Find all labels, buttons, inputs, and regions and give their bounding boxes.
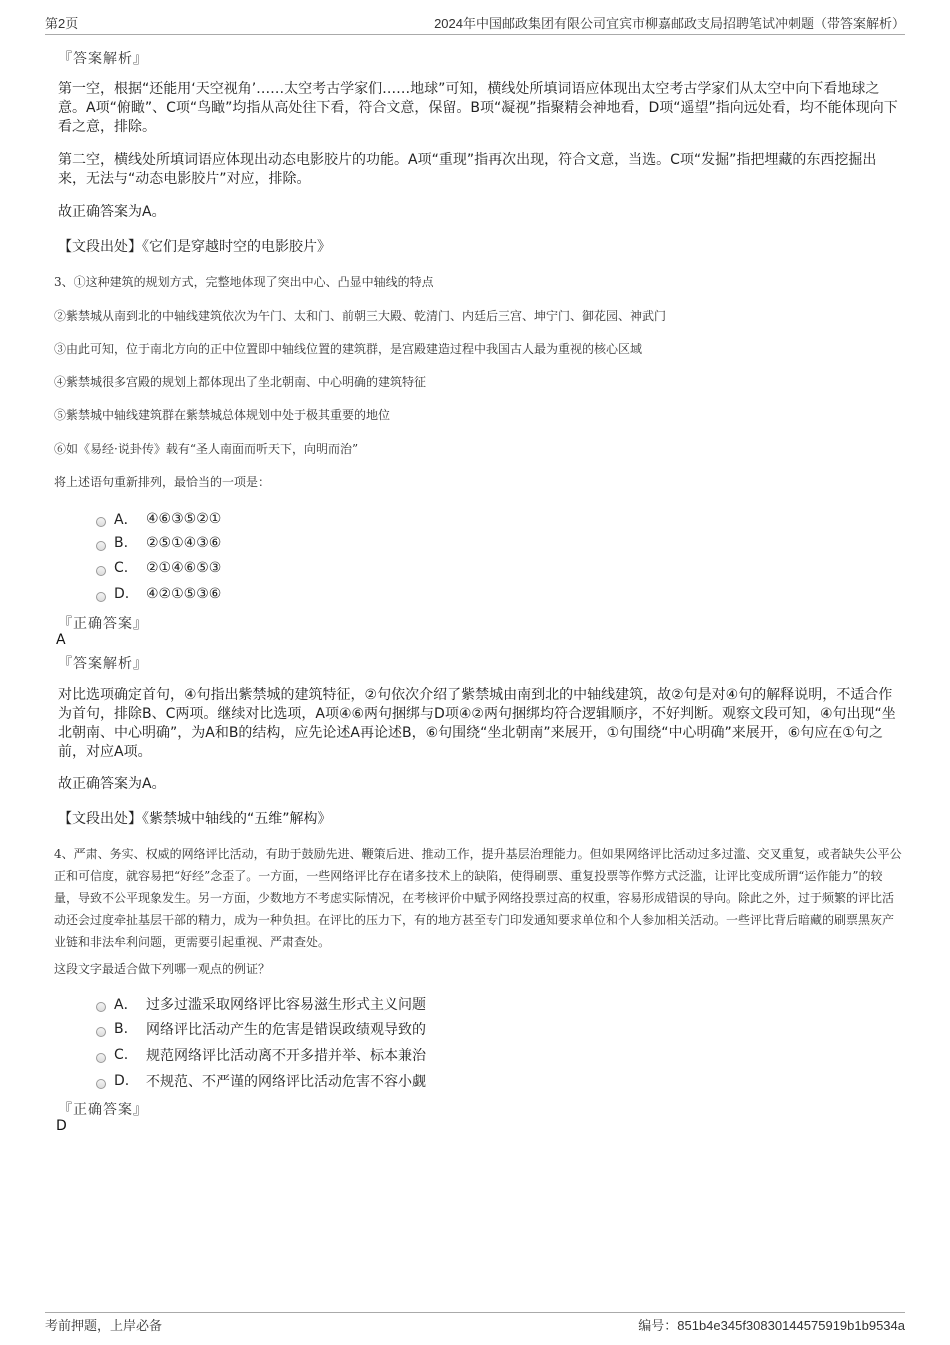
question-statement: 3、①这种建筑的规划方式，完整地体现了突出中心、凸显中轴线的特点	[54, 273, 434, 290]
question-statement: ③由此可知，位于南北方向的正中位置即中轴线位置的建筑群，是宫殿建造过程中我国古人…	[54, 340, 642, 357]
question-prompt: 将上述语句重新排列，最恰当的一项是：	[54, 473, 270, 490]
radio-button[interactable]	[96, 1079, 106, 1089]
page-header: 第2页 2024年中国邮政集团有限公司宜宾市柳嘉邮政支局招聘笔试冲刺题（带答案解…	[45, 14, 905, 35]
correct-answer-label: 『正确答案』	[58, 1099, 898, 1119]
radio-button[interactable]	[96, 592, 106, 602]
conclusion: 故正确答案为A。	[58, 775, 898, 794]
correct-answer-label: 『正确答案』	[58, 613, 898, 633]
option-c[interactable]: C. 规范网络评比活动离不开多措并举、标本兼治	[96, 1045, 426, 1065]
passage-source: 【文段出处】《它们是穿越时空的电影胶片》	[58, 236, 898, 256]
radio-button[interactable]	[96, 566, 106, 576]
question-statement: ⑤紫禁城中轴线建筑群在紫禁城总体规划中处于极其重要的地位	[54, 406, 390, 423]
option-b[interactable]: B. ②⑤①④③⑥	[96, 535, 221, 551]
analysis-paragraph: 对比选项确定首句，④句指出紫禁城的建筑特征，②句依次介绍了紫禁城由南到北的中轴线…	[58, 686, 898, 762]
radio-button[interactable]	[96, 1027, 106, 1037]
question-statement: ⑥如《易经·说卦传》载有“圣人南面而听天下，向明而治”	[54, 440, 358, 457]
question-statement: ②紫禁城从南到北的中轴线建筑依次为午门、太和门、前朝三大殿、乾清门、内廷后三宫、…	[54, 307, 666, 324]
radio-button[interactable]	[96, 541, 106, 551]
serial-number: 编号：851b4e345f30830144575919b1b9534a	[638, 1315, 905, 1334]
question-passage: 4、严肃、务实、权威的网络评比活动，有助于鼓励先进、鞭策后进、推动工作，提升基层…	[54, 843, 904, 953]
analysis-label: 『答案解析』	[58, 653, 898, 673]
footer-slogan: 考前押题，上岸必备	[45, 1315, 162, 1334]
option-c[interactable]: C. ②①④⑥⑤③	[96, 560, 221, 576]
analysis-paragraph: 第一空，根据“还能用‘天空视角’……太空考古学家们……地球”可知，横线处所填词语…	[58, 80, 898, 137]
option-a[interactable]: A． 过多过滥采取网络评比容易滋生形式主义问题	[96, 994, 426, 1014]
option-b[interactable]: B. 网络评比活动产生的危害是错误政绩观导致的	[96, 1019, 426, 1039]
analysis-label: 『答案解析』	[58, 48, 898, 68]
option-d[interactable]: D. ④②①⑤③⑥	[96, 586, 221, 602]
radio-button[interactable]	[96, 517, 106, 527]
page-footer: 考前押题，上岸必备 编号：851b4e345f30830144575919b1b…	[45, 1312, 905, 1333]
question-prompt: 这段文字最适合做下列哪一观点的例证？	[54, 960, 270, 977]
conclusion: 故正确答案为A。	[58, 203, 898, 222]
correct-answer-value: A	[56, 632, 66, 648]
document-title: 2024年中国邮政集团有限公司宜宾市柳嘉邮政支局招聘笔试冲刺题（带答案解析）	[434, 13, 905, 32]
question-statement: ④紫禁城很多宫殿的规划上都体现出了坐北朝南、中心明确的建筑特征	[54, 373, 426, 390]
radio-button[interactable]	[96, 1002, 106, 1012]
page-number: 第2页	[45, 13, 78, 32]
correct-answer-value: D	[56, 1118, 67, 1134]
option-d[interactable]: D. 不规范、不严谨的网络评比活动危害不容小觑	[96, 1071, 426, 1091]
option-a[interactable]: A． ④⑥③⑤②①	[96, 509, 221, 529]
analysis-paragraph: 第二空，横线处所填词语应体现出动态电影胶片的功能。A项“重现”指再次出现，符合文…	[58, 151, 898, 189]
passage-source: 【文段出处】《紫禁城中轴线的“五维”解构》	[58, 808, 898, 828]
radio-button[interactable]	[96, 1053, 106, 1063]
